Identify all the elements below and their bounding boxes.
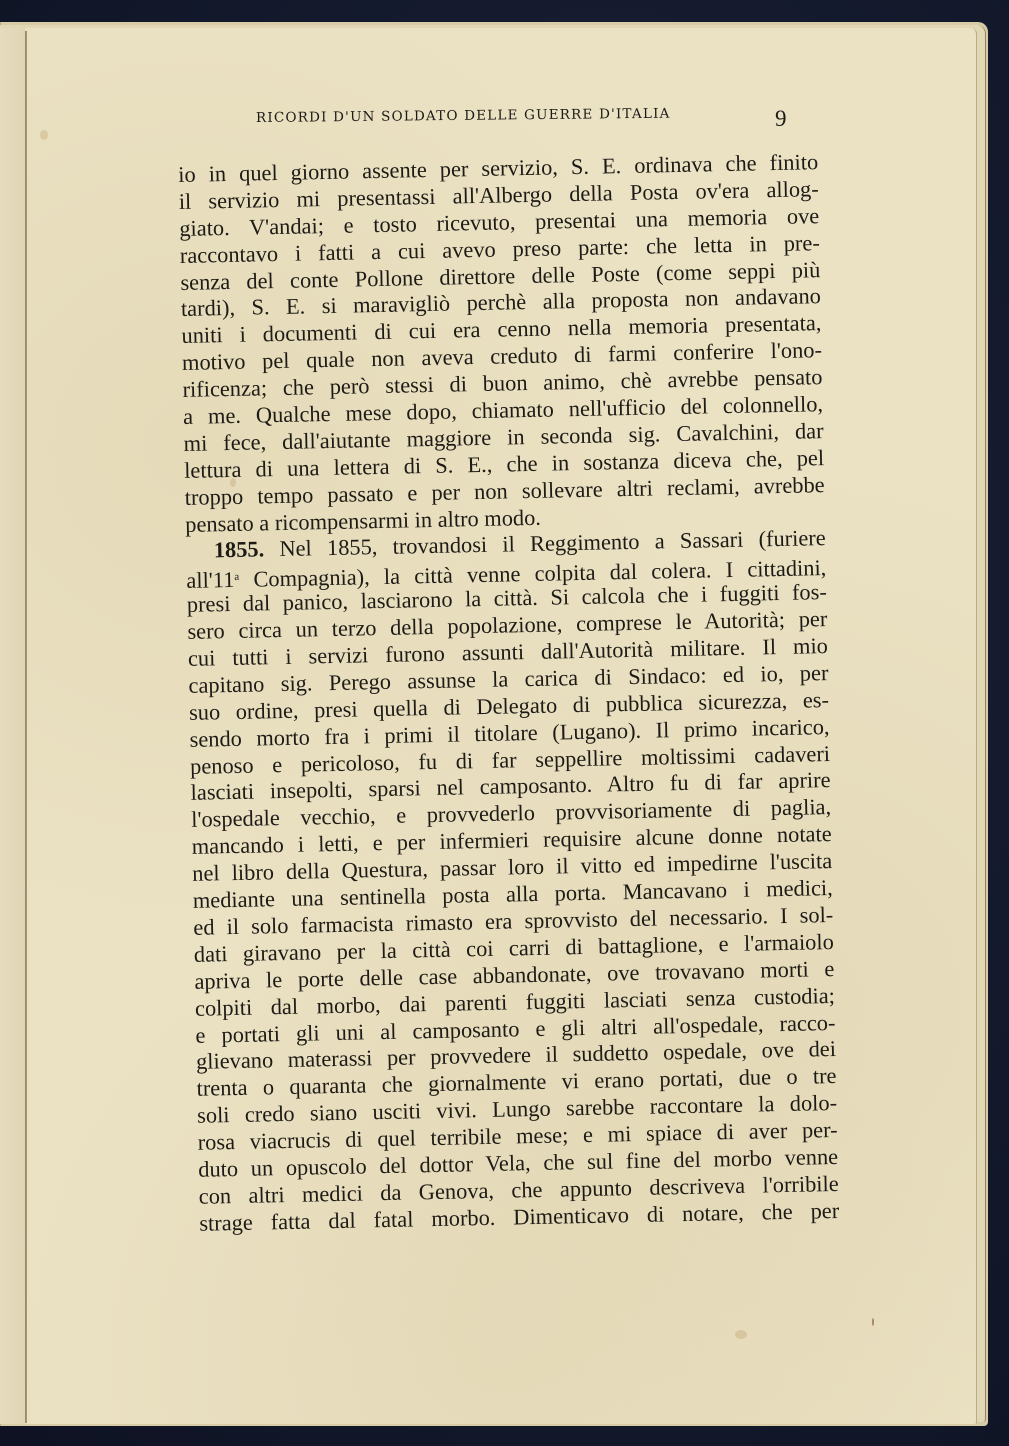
facing-page-margin [0,28,25,1424]
year-heading: 1855. [214,537,265,563]
paper-stain [735,1330,747,1339]
paragraph-1: io in quel giorno assente per servizio, … [178,149,825,538]
body-text: io in quel giorno assente per servizio, … [178,149,839,1237]
text-span: all'11 [186,567,234,593]
paper-stain [872,1318,874,1326]
page-fold-line [25,31,27,1423]
page-number: 9 [775,106,787,132]
paper-stain [40,130,48,140]
paragraph-1855: 1855. Nel 1855, trovandosi il Reggimento… [186,526,840,1238]
